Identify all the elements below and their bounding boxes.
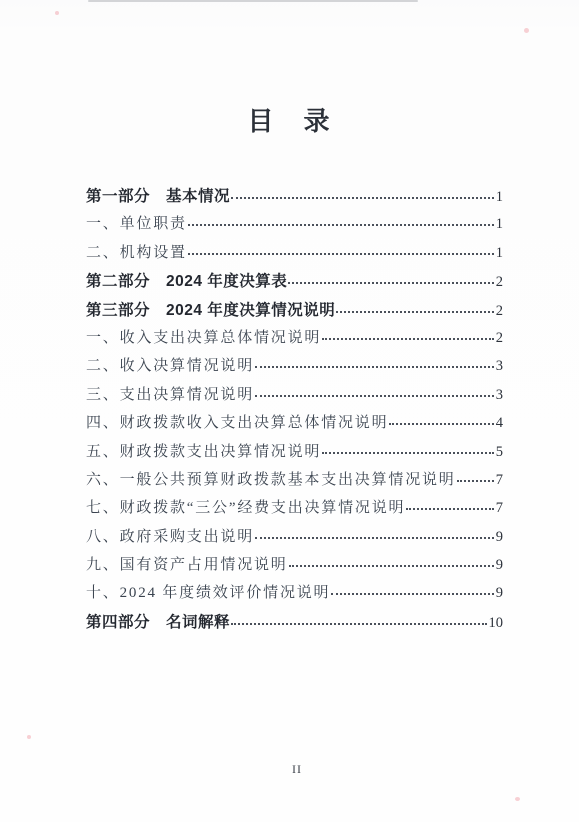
scan-artifact-dot [27,735,31,739]
toc-entry: 五、财政拨款支出决算情况说明5 [86,440,503,468]
dot-leader [288,282,493,284]
dot-leader [255,537,494,539]
dot-leader [406,508,493,510]
toc-entry: 七、财政拨款“三公”经费支出决算情况说明7 [86,496,503,524]
dot-leader [389,423,493,425]
dot-leader [188,253,494,255]
toc-entry-page-number: 2 [496,303,503,320]
toc-entry-label: 二、收入决算情况说明 [86,354,254,375]
toc-entry-page-number: 3 [496,358,503,375]
dot-leader [231,197,494,199]
toc-entry: 第二部分 2024 年度决算表2 [86,269,503,297]
toc-entry-page-number: 3 [496,387,503,404]
toc-entry: 八、政府采购支出说明9 [86,525,503,553]
toc-entry-label: 七、财政拨款“三公”经费支出决算情况说明 [86,496,405,517]
toc-entry-label: 第一部分 基本情况 [86,184,230,206]
dot-leader [255,395,494,397]
dot-leader [188,224,494,226]
toc-entry-label: 二、机构设置 [86,241,187,262]
toc-entry-label: 一、收入支出决算总体情况说明 [86,326,321,347]
toc-entry-page-number: 9 [496,529,503,546]
dot-leader [322,452,494,454]
toc-entry-label: 六、一般公共预算财政拨款基本支出决算情况说明 [86,468,456,489]
toc-entry-label: 九、国有资产占用情况说明 [86,553,288,574]
toc-entry-page-number: 1 [496,189,503,206]
toc-entry-page-number: 10 [489,615,504,632]
toc-entry: 九、国有资产占用情况说明9 [86,553,503,581]
toc-entry: 六、一般公共预算财政拨款基本支出决算情况说明7 [86,468,503,496]
toc-entry-page-number: 9 [496,585,503,602]
toc-entry-label: 第二部分 2024 年度决算表 [86,269,287,291]
toc-entry-page-number: 9 [496,557,503,574]
scan-edge-artifact [88,0,418,2]
toc-entry-label: 四、财政拨款收入支出决算总体情况说明 [86,411,388,432]
scanned-document-page: 目 录 第一部分 基本情况1一、单位职责1二、机构设置1第二部分 2024 年度… [0,0,579,822]
toc-entry-page-number: 1 [496,245,503,262]
toc-entry: 一、单位职责1 [86,212,503,240]
toc-entry-label: 五、财政拨款支出决算情况说明 [86,440,321,461]
toc-entry: 三、支出决算情况说明3 [86,383,503,411]
toc-entry-page-number: 4 [496,415,503,432]
dot-leader [231,623,486,625]
toc-entry-label: 一、单位职责 [86,212,187,233]
dot-leader [322,338,494,340]
dot-leader [457,480,494,482]
toc-list: 第一部分 基本情况1一、单位职责1二、机构设置1第二部分 2024 年度决算表2… [86,184,503,638]
dot-leader [331,593,493,595]
toc-entry: 四、财政拨款收入支出决算总体情况说明4 [86,411,503,439]
toc-entry-page-number: 2 [496,330,503,347]
toc-entry: 第三部分 2024 年度决算情况说明2 [86,298,503,326]
scan-artifact-dot [515,797,520,801]
toc-entry: 二、机构设置1 [86,241,503,269]
toc-entry-label: 八、政府采购支出说明 [86,525,254,546]
page-title: 目 录 [0,106,579,136]
scan-artifact-dot [55,11,59,15]
dot-leader [336,311,493,313]
toc-entry-label: 三、支出决算情况说明 [86,383,254,404]
scan-artifact-dot [524,28,529,33]
toc-entry: 第四部分 名词解释10 [86,610,503,638]
dot-leader [255,366,494,368]
toc-entry-label: 第四部分 名词解释 [86,610,230,632]
toc-entry-label: 十、2024 年度绩效评价情况说明 [86,581,330,602]
toc-entry-page-number: 7 [496,472,503,489]
footer-page-number: II [0,762,579,777]
toc-entry: 第一部分 基本情况1 [86,184,503,212]
toc-entry-label: 第三部分 2024 年度决算情况说明 [86,298,335,320]
toc-entry-page-number: 2 [496,274,503,291]
toc-entry: 一、收入支出决算总体情况说明2 [86,326,503,354]
toc-entry-page-number: 5 [496,444,503,461]
dot-leader [289,565,494,567]
toc-entry-page-number: 1 [496,216,503,233]
toc-entry-page-number: 7 [496,500,503,517]
toc-entry: 二、收入决算情况说明3 [86,354,503,382]
toc-entry: 十、2024 年度绩效评价情况说明9 [86,581,503,609]
